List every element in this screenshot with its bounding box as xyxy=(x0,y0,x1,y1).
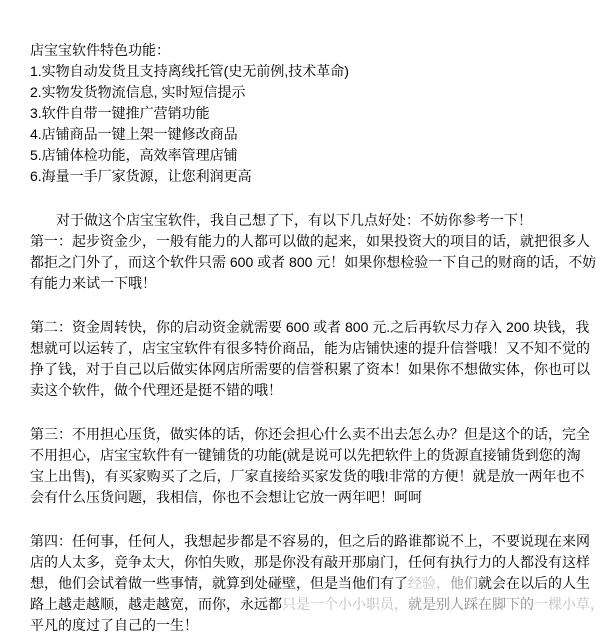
text-line: 店的人太多，竞争太大，你怕失败，那是你没有敲开那扇门，任何有执行力的人都没有这样 xyxy=(30,552,587,573)
text-line: 4.店铺商品一键上架一键修改商品 xyxy=(30,124,587,145)
text-line: 不用担心，店宝宝软件有一键铺货的功能(就是说可以先把软件上的货源直接铺货到您的淘 xyxy=(30,445,587,466)
text-segment: 想，他们会试着做一些事情，就算到处碰壁，但是当他们有了 xyxy=(30,575,408,591)
text-segment: 经验， xyxy=(408,575,450,591)
text-line: 店宝宝软件特色功能： xyxy=(30,40,587,61)
text-line: 平凡的度过了自己的一生！ xyxy=(30,615,587,636)
point-2: 第二：资金周转快，你的启动资金就需要 600 或者 800 元.之后再软尽力存入… xyxy=(30,317,587,401)
text-line: 第三：不用担心压货，做实体的话，你还会担心什么卖不出去怎么办？但是这个的话，完全 xyxy=(30,424,587,445)
text-line: 第二：资金周转快，你的启动资金就需要 600 或者 800 元.之后再软尽力存入… xyxy=(30,317,587,338)
text-line: 1.实物自动发货且支持离线托管(史无前例,技术革命) xyxy=(30,61,587,82)
text-segment: 一棵小草， xyxy=(534,596,604,612)
text-line: 2.实物发货物流信息, 实时短信提示 xyxy=(30,82,587,103)
text-line: 卖这个软件，做个代理还是挺不错的哦！ xyxy=(30,380,587,401)
text-segment: 只是一个小小职员， xyxy=(282,596,408,612)
text-line: 6.海量一手厂家货源，让您利润更高 xyxy=(30,166,587,187)
text-line: 会有什么压货问题，我相信，你也不会想让它放一两年吧！呵呵 xyxy=(30,487,587,508)
text-line: 宝上出售)，有买家购买了之后，厂家直接给买家发货的哦!非常的方便！就是放一两年也… xyxy=(30,466,587,487)
text-line: 想就可以运转了，店宝宝软件有很多特价商品，能为店铺快速的提升信誉哦！又不知不觉的 xyxy=(30,338,587,359)
point-3: 第三：不用担心压货，做实体的话，你还会担心什么卖不出去怎么办？但是这个的话，完全… xyxy=(30,424,587,508)
features-list: 店宝宝软件特色功能：1.实物自动发货且支持离线托管(史无前例,技术革命)2.实物… xyxy=(30,40,587,187)
text-line: 第四：任何事，任何人，我想起步都是不容易的，但之后的路谁都说不上，不要说现在来网 xyxy=(30,531,587,552)
document-page: 店宝宝软件特色功能：1.实物自动发货且支持离线托管(史无前例,技术革命)2.实物… xyxy=(0,0,611,637)
text-line: 挣了钱，对于自己以后做实体网店所需要的信誉积累了资本！如果你不想做实体，你也可以 xyxy=(30,359,587,380)
text-line: 路上越走越顺，越走越宽，而你，永远都只是一个小小职员，就是别人踩在脚下的一棵小草… xyxy=(30,594,587,615)
text-line: 有能力来试一下哦！ xyxy=(30,273,587,294)
intro-and-point-1: 对于做这个店宝宝软件，我自己想了下，有以下几点好处：不妨你参考一下！第一：起步资… xyxy=(30,210,587,294)
point-4: 第四：任何事，任何人，我想起步都是不容易的，但之后的路谁都说不上，不要说现在来网… xyxy=(30,531,587,636)
text-line: 都拒之门外了，而这个软件只需 600 或者 800 元！如果你想检验一下自己的财… xyxy=(30,252,587,273)
text-segment: 就是别人踩在脚下的 xyxy=(408,596,534,612)
text-line: 对于做这个店宝宝软件，我自己想了下，有以下几点好处：不妨你参考一下！ xyxy=(30,210,587,231)
text-line: 第一：起步资金少，一般有能力的人都可以做的起来，如果投资大的项目的话，就把很多人 xyxy=(30,231,587,252)
text-segment: 路上越走越顺，越走越宽，而你，永远都 xyxy=(30,596,282,612)
text-line: 3.软件自带一键推广营销功能 xyxy=(30,103,587,124)
text-line: 想，他们会试着做一些事情，就算到处碰壁，但是当他们有了经验，他们就会在以后的人生 xyxy=(30,573,587,594)
text-line: 5.店铺体检功能，高效率管理店铺 xyxy=(30,145,587,166)
text-segment: 就会在以后的人生 xyxy=(478,575,590,591)
text-segment: 对于做这个店宝宝软件，我自己想了下，有以下几点好处：不妨你参考一下！ xyxy=(56,212,532,228)
text-segment: 他们 xyxy=(450,575,478,591)
